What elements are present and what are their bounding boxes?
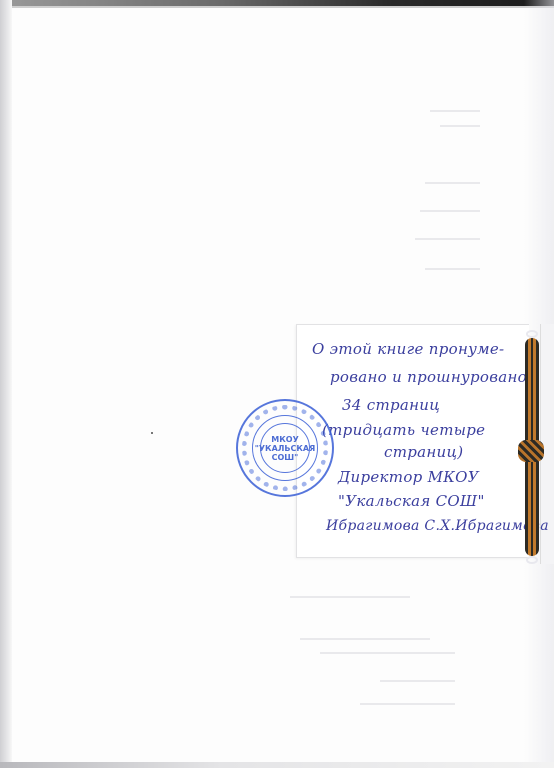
show-through-mark bbox=[360, 703, 455, 705]
note-line: страниц) bbox=[384, 443, 463, 461]
show-through-mark bbox=[290, 596, 410, 598]
note-line: О этой книге пронуме- bbox=[312, 340, 504, 358]
note-line: (тридцать четыре bbox=[322, 421, 485, 439]
note-line: Директор МКОУ bbox=[338, 468, 479, 486]
note-line: "Укальская СОШ" bbox=[338, 492, 485, 510]
binding-ribbon bbox=[522, 330, 542, 566]
stamp-text: "УКАЛЬСКАЯ bbox=[238, 444, 332, 453]
document-page: О этой книге пронуме- ровано и прошнуров… bbox=[0, 0, 554, 768]
show-through-mark bbox=[415, 238, 480, 240]
show-through-mark bbox=[300, 638, 430, 640]
page-bottom-edge bbox=[0, 762, 554, 768]
show-through-mark bbox=[420, 210, 480, 212]
ribbon-hole bbox=[526, 556, 538, 564]
page-left-shadow bbox=[0, 0, 12, 768]
show-through-mark bbox=[320, 652, 455, 654]
speck bbox=[151, 432, 153, 434]
show-through-mark bbox=[425, 268, 480, 270]
note-line: 34 страниц bbox=[342, 396, 440, 414]
ribbon-hole bbox=[526, 330, 538, 338]
stamp-text: МКОУ bbox=[238, 435, 332, 444]
note-line: ровано и прошнуровано bbox=[330, 368, 527, 386]
show-through-mark bbox=[440, 125, 480, 127]
official-stamp: МКОУ "УКАЛЬСКАЯ СОШ" bbox=[236, 399, 334, 497]
signature-line: Ибрагимова С.Х.Ибрагимова bbox=[326, 518, 549, 534]
show-through-mark bbox=[380, 680, 455, 682]
stamp-text: СОШ" bbox=[238, 453, 332, 462]
ribbon-knot bbox=[518, 440, 544, 462]
show-through-mark bbox=[430, 110, 480, 112]
page-top-line bbox=[12, 6, 554, 8]
show-through-mark bbox=[425, 182, 480, 184]
